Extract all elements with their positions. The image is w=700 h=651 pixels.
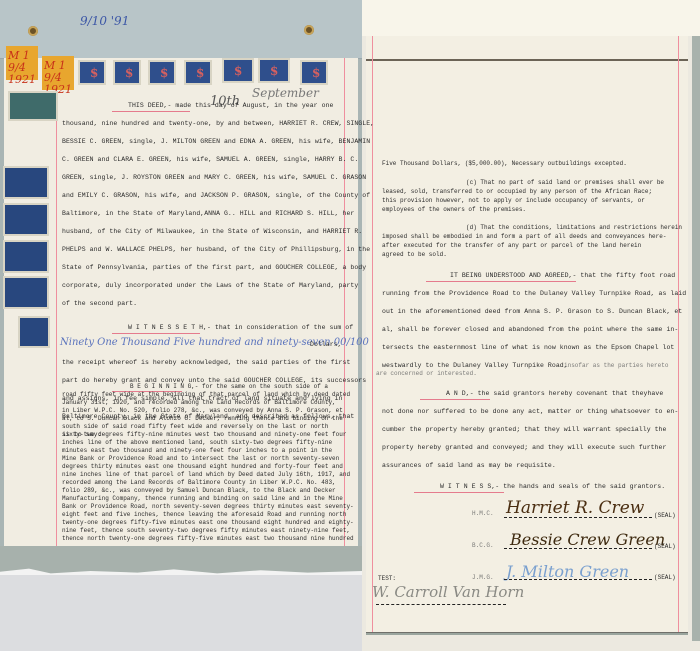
witness-signature: W. Carroll Van Horn	[372, 583, 524, 601]
signature-line	[504, 548, 652, 549]
handwritten-annotation: 9/10 '91	[80, 14, 129, 28]
deed-line: Baltimore, in the State of Maryland,ANNA…	[62, 207, 354, 220]
deed-line: corporate, duly incorporated under the L…	[62, 279, 358, 292]
deed-line: and EMILY C. GRASON, his wife, and JACKS…	[62, 189, 370, 202]
and-covenant-line: cumber the property hereby granted; that…	[382, 423, 666, 436]
deed-line: BESSIE C. GREEN, single, J. MILTON GREEN…	[62, 135, 370, 148]
side-revenue-stamp	[18, 316, 50, 348]
deed-line: husband, of the City of Milwaukee, in th…	[62, 225, 362, 238]
clause-d-line: (d) That the conditions, limitations and…	[466, 224, 682, 232]
understood-line: al, shall be forever closed and abandone…	[382, 323, 678, 336]
deed-line: thousand, nine hundred and twenty-one, b…	[62, 117, 374, 130]
left-page: 9/10 '91 M 1 9/4 1921 M 1 9/4 1921 10th …	[0, 0, 362, 575]
and-covenant-line: assurances of said land as may be requis…	[382, 459, 556, 472]
understood-line: running from the Providence Road to the …	[382, 287, 686, 300]
revenue-stamp-dollars	[148, 60, 176, 85]
signature-initials: H.M.C.	[472, 510, 494, 518]
witness-signature-line	[376, 604, 506, 605]
understood-insert-2: are concerned or interested.	[376, 370, 477, 378]
torn-bottom-edge	[0, 546, 362, 575]
right-page-edge	[692, 36, 700, 641]
signature-initials: B.C.G.	[472, 542, 494, 550]
deed-line: PHELPS and W. WALLACE PHELPS, her husban…	[62, 243, 370, 256]
orange-revenue-stamp: M 1 9/4 1921	[42, 56, 74, 90]
revenue-stamp-dollars	[113, 60, 141, 85]
revenue-stamp-dollars	[184, 60, 212, 85]
deed-line: GREEN, single, J. ROYSTON GREEN and MARY…	[62, 171, 366, 184]
clause-d-line: imposed shall be embodied in and form a …	[382, 233, 666, 241]
right-top-sheet	[362, 0, 700, 36]
understood-line: tersects the easternmost line of what is…	[382, 341, 674, 354]
signature-harriet: Harriet R. Crew	[506, 498, 644, 518]
rivet-icon	[304, 25, 314, 35]
clause-c-line: (c) That no part of said land or premise…	[466, 179, 664, 187]
right-page: Five Thousand Dollars, ($5,000.00), Nece…	[362, 0, 700, 651]
green-revenue-stamp	[8, 91, 58, 121]
margin-line-left	[56, 88, 57, 546]
seal-label: (SEAL)	[654, 512, 676, 520]
red-underline	[112, 111, 190, 112]
signature-line	[504, 517, 652, 518]
and-covenant-line: not done nor suffered to be done any act…	[382, 405, 678, 418]
deed-line: C. GREEN and CLARA E. GREEN, his wife, S…	[62, 153, 358, 166]
orange-revenue-stamp: M 1 9/4 1921	[6, 46, 38, 80]
revenue-stamp-dollars	[222, 58, 254, 83]
side-revenue-stamp	[3, 240, 49, 273]
right-first-line: Five Thousand Dollars, ($5,000.00), Nece…	[382, 160, 627, 168]
page-fold	[366, 59, 688, 61]
clause-c-line: leased, sold, transferred to or occupied…	[382, 188, 652, 196]
deed-line: of the second part.	[62, 297, 137, 310]
dollars-label: Dollars,	[310, 338, 342, 351]
rivet-icon	[28, 26, 38, 36]
red-underline	[414, 492, 504, 493]
revenue-stamp-dollars	[258, 58, 290, 83]
revenue-stamp-dollars	[78, 60, 106, 85]
beginning-line: thence north twenty-one degrees fifty-fi…	[62, 535, 354, 543]
revenue-stamp-dollars	[300, 60, 328, 85]
left-deed-sheet: M 1 9/4 1921 M 1 9/4 1921 10th September…	[4, 58, 358, 546]
understood-insert: insofar as the parties hereto	[564, 362, 668, 370]
deed-line: State of Pennsylvania, parties of the fi…	[62, 261, 366, 274]
blue-cover-fold: 9/10 '91	[0, 0, 362, 59]
red-underline	[112, 333, 200, 334]
understood-line: out in the aforementioned deed from Anna…	[382, 305, 682, 318]
handwritten-month: September	[252, 86, 319, 100]
side-revenue-stamp	[3, 276, 49, 309]
clause-d-line: after executed for the transfer of any p…	[382, 242, 641, 250]
clause-d-line: agreed to be sold.	[382, 251, 447, 259]
signature-initials: J.M.G.	[472, 574, 494, 582]
right-deed-sheet: Five Thousand Dollars, ($5,000.00), Nece…	[366, 36, 688, 633]
clause-c-line: this provision however, not to apply or …	[382, 197, 645, 205]
side-revenue-stamp	[3, 203, 49, 236]
clause-c-line: employees of the owners of the premises.	[382, 206, 526, 214]
seal-label: (SEAL)	[654, 543, 676, 551]
red-underline	[426, 281, 576, 282]
signature-line	[504, 579, 652, 580]
and-covenant-line: property hereby granted and conveyed; an…	[382, 441, 666, 454]
consideration-line: the receipt whereof is hereby acknowledg…	[62, 356, 350, 369]
red-underline	[420, 399, 490, 400]
signature-bessie: Bessie Crew Green	[510, 530, 665, 549]
side-revenue-stamp	[3, 166, 49, 199]
seal-label: (SEAL)	[654, 574, 676, 582]
